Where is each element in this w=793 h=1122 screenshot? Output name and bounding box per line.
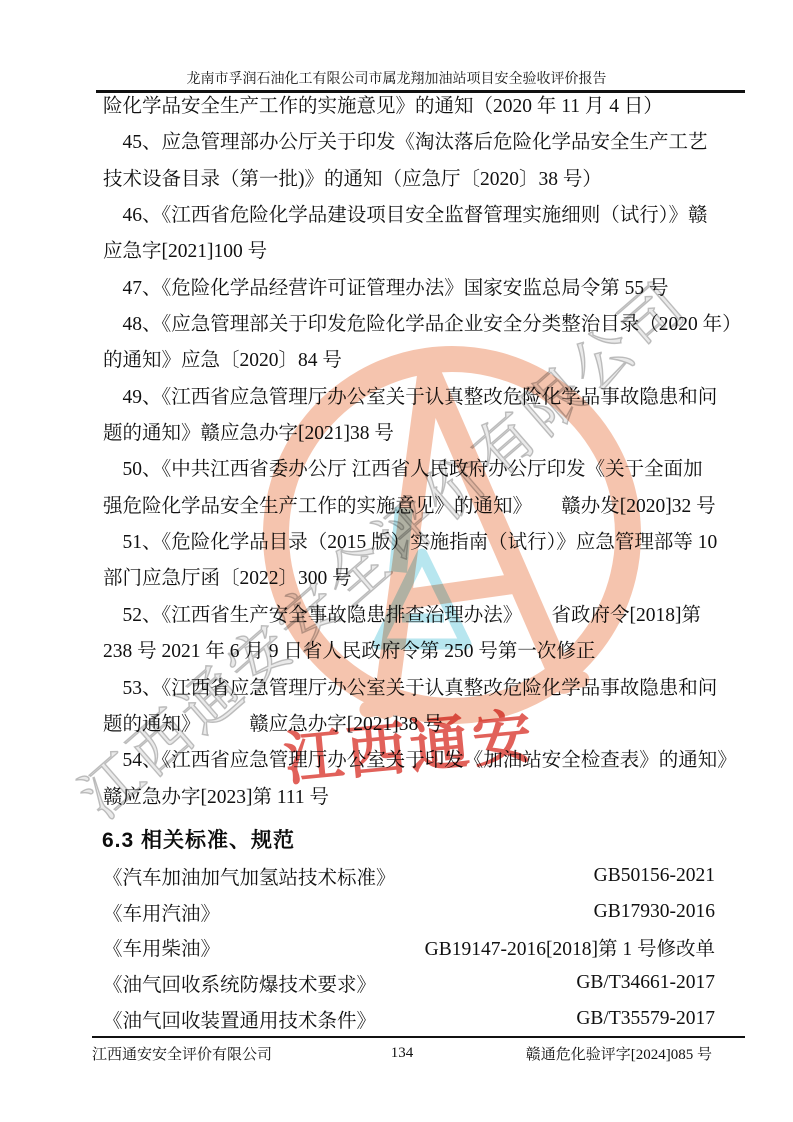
standard-row: 《油气回收装置通用技术条件》 GB/T35579-2017: [103, 1001, 715, 1037]
body-line: 部门应急厅函〔2022〕300 号: [103, 561, 743, 597]
body-text: 险化学品安全生产工作的实施意见》的通知（2020 年 11 月 4 日） 45、…: [103, 89, 743, 816]
body-line: 47、《危险化学品经营许可证管理办法》国家安监总局令第 55 号: [103, 271, 743, 307]
standard-title: 《油气回收装置通用技术条件》: [103, 1005, 376, 1033]
page-footer: 江西通安安全评价有限公司 134 赣通危化验评字[2024]085 号: [92, 1043, 712, 1063]
body-line: 51、《危险化学品目录（2015 版）实施指南（试行）》应急管理部等 10: [103, 525, 743, 561]
standard-code: GB19147-2016[2018]第 1 号修改单: [425, 933, 715, 961]
standard-row: 《车用柴油》 GB19147-2016[2018]第 1 号修改单: [103, 929, 715, 965]
standard-row: 《汽车加油加气加氢站技术标准》 GB50156-2021: [103, 858, 715, 894]
body-line: 险化学品安全生产工作的实施意见》的通知（2020 年 11 月 4 日）: [103, 89, 743, 125]
page-number: 134: [92, 1045, 712, 1062]
body-line: 45、应急管理部办公厅关于印发《淘汰落后危险化学品安全生产工艺: [103, 125, 743, 161]
body-line: 技术设备目录（第一批)》的通知（应急厅〔2020〕38 号）: [103, 162, 743, 198]
standard-title: 《车用汽油》: [103, 898, 220, 926]
standard-code: GB/T34661-2017: [576, 972, 715, 994]
standard-title: 《油气回收系统防爆技术要求》: [103, 969, 376, 997]
body-line: 53、《江西省应急管理厅办公室关于认真整改危险化学品事故隐患和问: [103, 671, 743, 707]
body-line: 题的通知》赣应急办字[2021]38 号: [103, 416, 743, 452]
body-line: 应急字[2021]100 号: [103, 234, 743, 270]
body-line: 238 号 2021 年 6 月 9 日省人民政府令第 250 号第一次修正: [103, 634, 743, 670]
body-line: 赣应急办字[2023]第 111 号: [103, 780, 743, 816]
standard-code: GB/T35579-2017: [576, 1008, 715, 1030]
standard-row: 《油气回收系统防爆技术要求》 GB/T34661-2017: [103, 965, 715, 1001]
standard-row: 《车用汽油》 GB17930-2016: [103, 894, 715, 930]
body-line: 48、《应急管理部关于印发危险化学品企业安全分类整治目录（2020 年）: [103, 307, 743, 343]
standard-code: GB50156-2021: [594, 865, 715, 887]
body-line: 52、《江西省生产安全事故隐患排查治理办法》 省政府令[2018]第: [103, 598, 743, 634]
page-header-title: 龙南市孚润石油化工有限公司市属龙翔加油站项目安全验收评价报告: [0, 68, 793, 88]
standard-title: 《汽车加油加气加氢站技术标准》: [103, 862, 396, 890]
body-line: 题的通知》 赣应急办字[2021]38 号: [103, 707, 743, 743]
standard-code: GB17930-2016: [594, 901, 715, 923]
body-line: 49、《江西省应急管理厅办公室关于认真整改危险化学品事故隐患和问: [103, 380, 743, 416]
standards-list: 《汽车加油加气加氢站技术标准》 GB50156-2021 《车用汽油》 GB17…: [103, 858, 715, 1036]
body-line: 50、《中共江西省委办公厅 江西省人民政府办公厅印发《关于全面加: [103, 452, 743, 488]
section-heading: 6.3 相关标准、规范: [102, 824, 295, 854]
footer-rule: [92, 1036, 745, 1038]
document-page: 龙南市孚润石油化工有限公司市属龙翔加油站项目安全验收评价报告 险化学品安全生产工…: [0, 0, 793, 1122]
body-line: 强危险化学品安全生产工作的实施意见》的通知》 赣办发[2020]32 号: [103, 489, 743, 525]
body-line: 的通知》应急〔2020〕84 号: [103, 343, 743, 379]
body-line: 54、《江西省应急管理厅办公室关于印发《加油站安全检查表》的通知》: [103, 743, 743, 779]
standard-title: 《车用柴油》: [103, 933, 220, 961]
body-line: 46、《江西省危险化学品建设项目安全监督管理实施细则（试行）》赣: [103, 198, 743, 234]
